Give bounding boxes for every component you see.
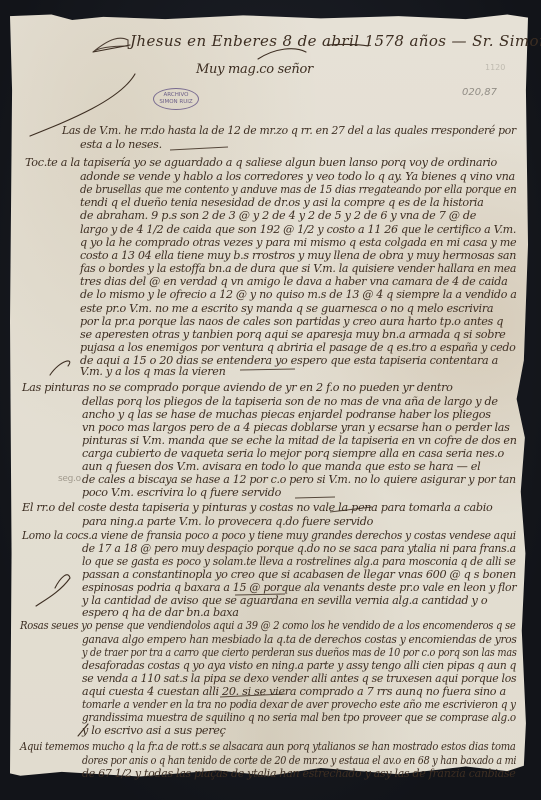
body-line: de abraham. 9 p.s son 2 de 3 @ y 2 de 4 … [80,210,476,222]
body-line: ganava algo empero han mesbiado la q.ta … [82,634,517,646]
body-line: vn poco mas largos pero de a 4 piecas do… [82,422,510,434]
body-line: tendi q el dueño tenia nesesidad de dr.o… [80,197,484,209]
archive-stamp: ARCHIVO SIMON RUIZ [153,88,199,110]
body-line: de 67 1/2 y todas las plaças de ytalia h… [82,768,515,780]
body-line: por la pr.a porque las naos de cales son… [80,316,503,328]
body-line: y lo escrivo asi a sus pereç [82,725,226,737]
folio-number-faint: 1120 [485,63,505,72]
body-line: V.m. y a los q mas la vieren [80,366,226,378]
body-line: carga cubierto de vaqueta seria lo mejor… [82,448,504,460]
body-line: aun q fuesen dos V.m. avisara en todo lo… [82,461,480,473]
body-line: tomarle a vender en la tra no podia dexa… [82,699,516,711]
body-line: de brusellas que me contento y anduve ma… [80,184,516,196]
body-line: ancho y q las se hase de muchas piecas e… [82,409,491,421]
body-line: espinosas podria q baxara a 15 @ porque … [82,582,516,594]
body-line: El rr.o del coste desta tapiseria y pint… [22,502,493,514]
body-line: dellas porq los pliegos de la tapiseria … [82,396,498,408]
body-line: de 17 a 18 @ pero muy despaçio porque q.… [82,543,516,555]
body-line: este pr.o V.m. no me a escrito sy manda … [80,303,493,315]
body-line: poco V.m. escrivira lo q fuere servido [82,487,281,499]
body-line: Toc.te a la tapisería yo se aguardado a … [25,157,497,169]
body-line: grandissima muestra de squilino q no ser… [82,712,516,724]
letter-salutation: Muy mag.co señor [196,62,313,77]
body-line: desaforadas costas q yo aya visto en nin… [82,660,516,672]
body-line: pinturas si V.m. manda que se eche la mi… [82,435,517,447]
body-line: costo a 13 04 ella tiene muy b.s rrostro… [80,250,516,262]
stamp-line-2: SIMON RUIZ [154,99,198,106]
body-line: passan a constantinopla yo creo que si a… [82,569,516,581]
body-line: dores por anis o q han tenido de corte d… [82,755,516,767]
body-line: y de traer por tra a carro que cierto pe… [82,647,517,659]
body-line: se aperesten otras y tanbien porq aqui s… [80,329,505,341]
body-line: fas o bordes y la estoffa bn.a de dura q… [80,263,516,275]
body-line: Las pinturas no se comprado porque avien… [22,382,453,394]
stamp-line-1: ARCHIVO [154,92,198,99]
body-line: adonde se vende y hablo a los corredores… [80,171,515,183]
body-line: espero q ha de dar bn.a baxa [82,607,239,619]
body-line: aqui cuesta 4 cuestan alli 20. si se vie… [82,686,506,698]
body-line: largo y de 4 1/2 de caida que son 192 @ … [80,224,516,236]
folio-number: 020,87 [462,87,497,98]
body-line: se venda a 110 sat.s la pipa se dexo ven… [82,673,516,685]
body-line: de cales a biscaya se hase a 12 por c.o … [82,474,516,486]
body-line: q yo la he comprado otras vezes y para m… [80,237,516,249]
body-line: Rosas seues yo pense que vendiendolos aq… [20,620,516,632]
letter-heading: Jhesus en Enberes 8 de abril 1578 años —… [130,32,541,50]
body-line: de lo mismo y le ofrecio a 12 @ y no qui… [80,289,517,301]
body-line: Aqui tememos mucho q la fr.a de rott.s s… [20,741,516,753]
body-line: para ning.a parte V.m. lo provecera q.do… [82,516,373,528]
body-line: pujasa a los enemigos por ventura q abri… [80,342,516,354]
margin-note-seg: seg.o [58,474,81,484]
body-line: Las de V.m. he rr.do hasta la de 12 de m… [62,125,516,137]
body-line: tres dias del @ en verdad q vn amigo le … [80,276,508,288]
body-line: lo que se gasta es poco y solam.te lleva… [82,556,516,568]
body-line: Lomo la cocs.a viene de fransia poco a p… [22,530,516,542]
body-line: esta a lo neses. [80,139,162,151]
